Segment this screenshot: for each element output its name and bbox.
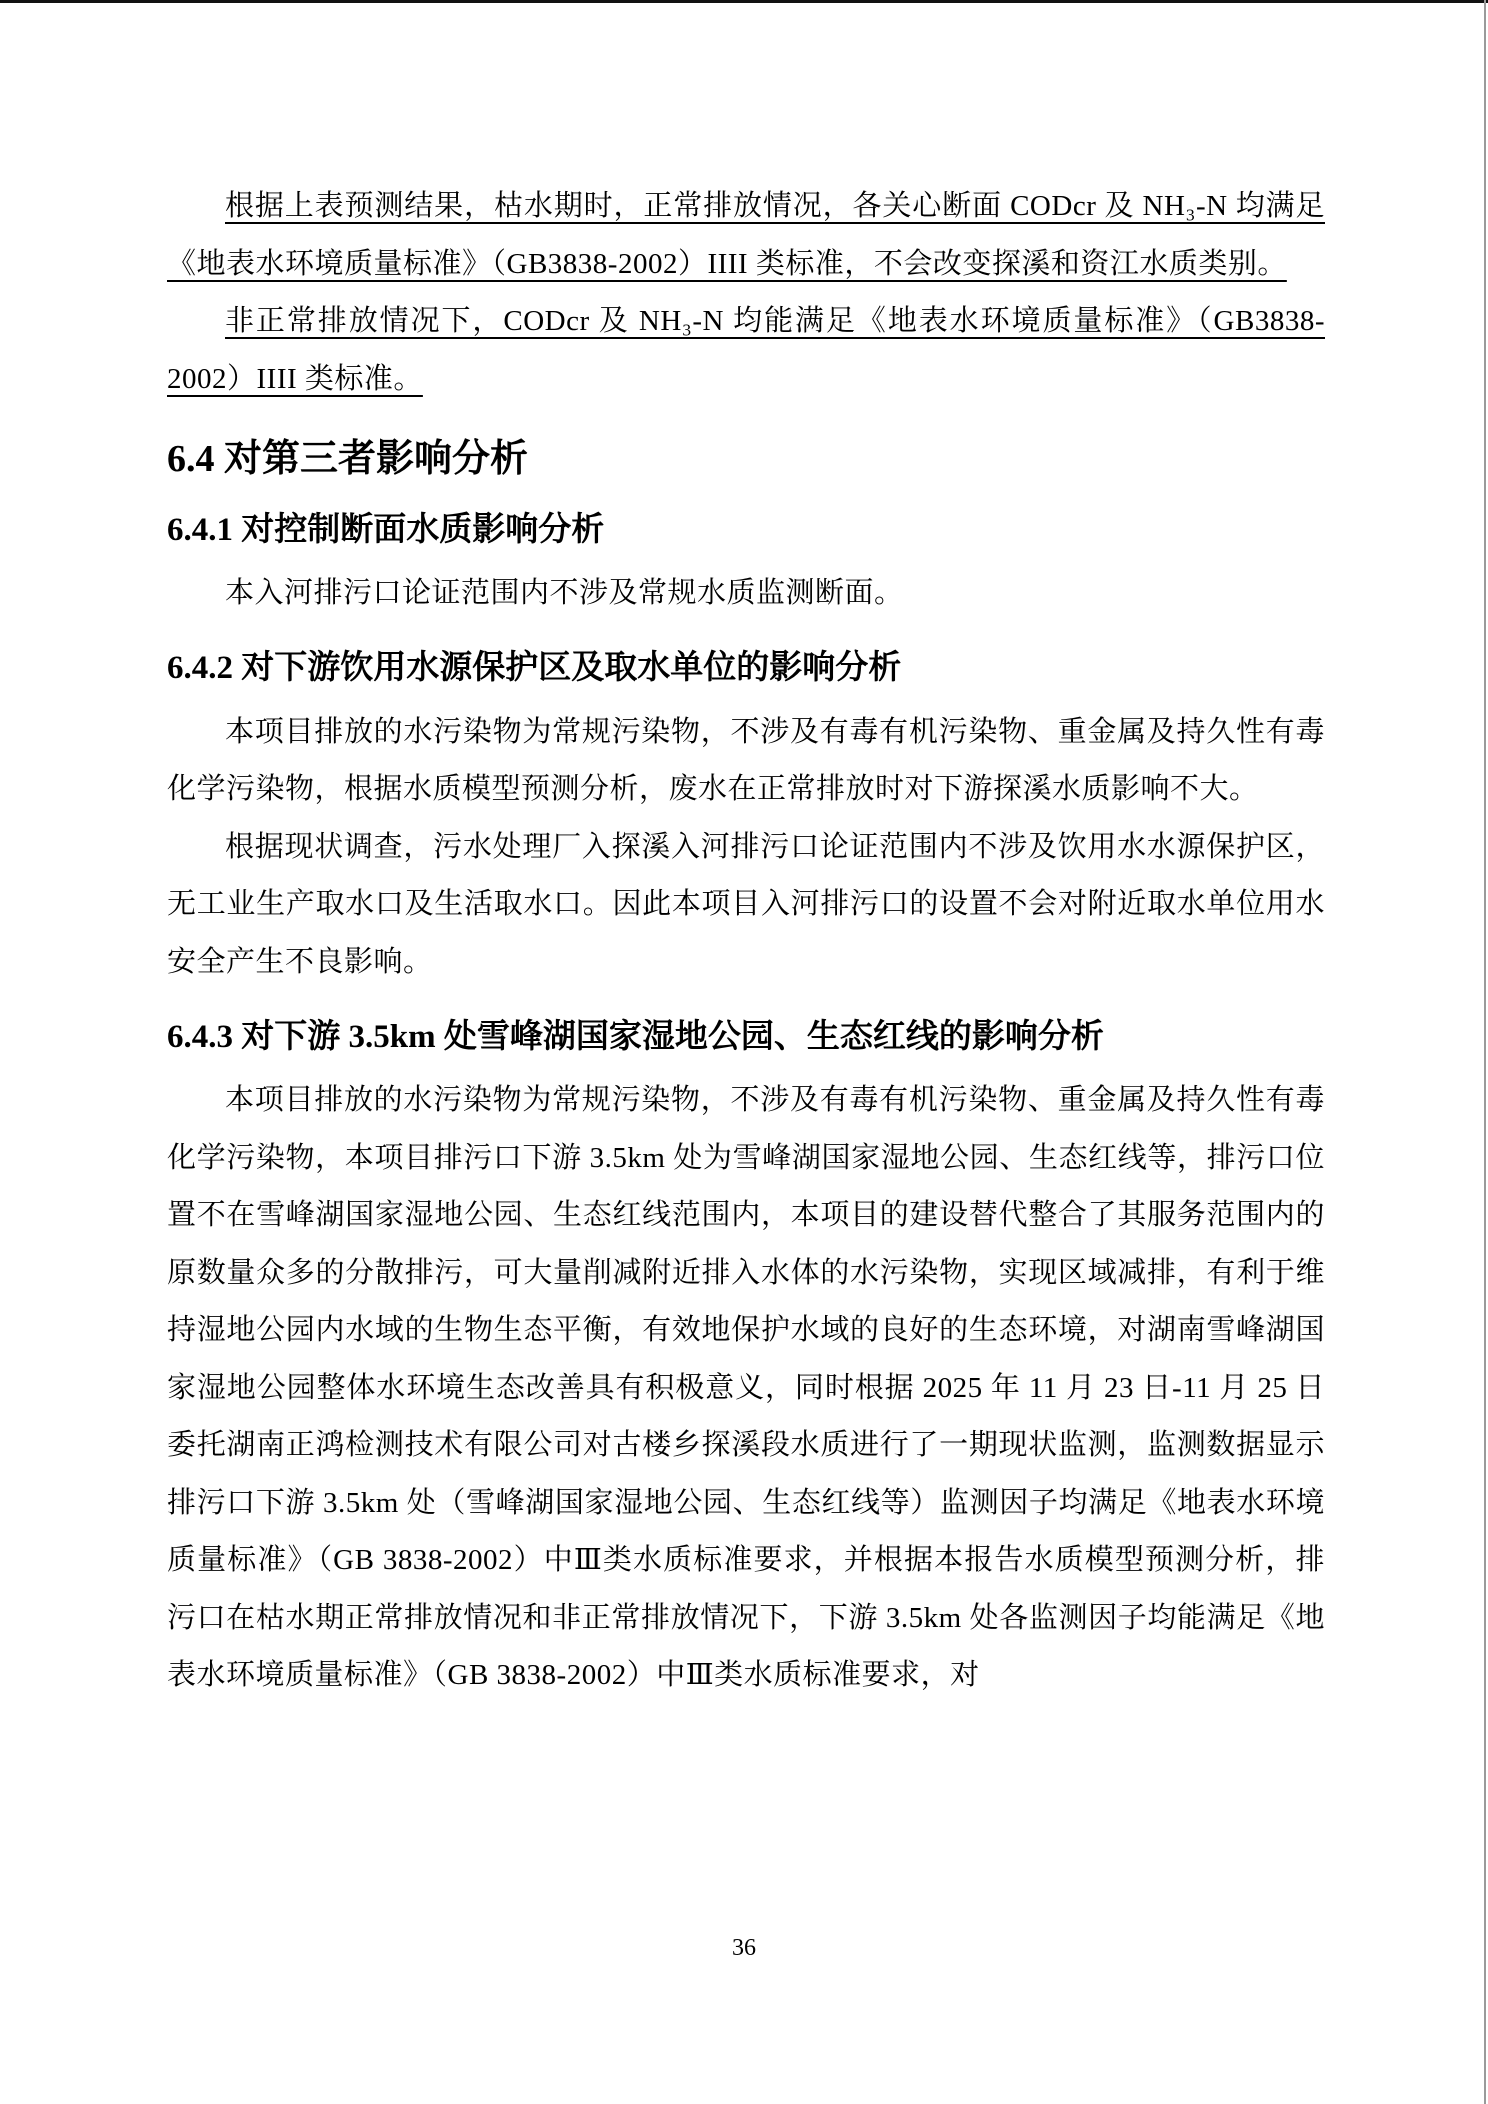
document-page: 根据上表预测结果，枯水期时，正常排放情况，各关心断面 CODcr 及 NH₃-N…	[0, 0, 1488, 2104]
page-content: 根据上表预测结果，枯水期时，正常排放情况，各关心断面 CODcr 及 NH₃-N…	[167, 178, 1325, 1705]
paragraph-6-4-2-b: 根据现状调查，污水处理厂入探溪入河排污口论证范围内不涉及饮用水水源保护区，无工业…	[167, 819, 1325, 992]
heading-6-4-3-wetland-park-redline: 6.4.3 对下游 3.5km 处雪峰湖国家湿地公园、生态红线的影响分析	[167, 1017, 1325, 1058]
paragraph-prediction-abnormal: 非正常排放情况下，CODcr 及 NH₃-N 均能满足《地表水环境质量标准》（G…	[167, 293, 1325, 408]
heading-6-4-2-water-source-protection: 6.4.2 对下游饮用水源保护区及取水单位的影响分析	[167, 648, 1325, 689]
page-number: 36	[0, 1935, 1488, 1962]
heading-6-4-1-control-section: 6.4.1 对控制断面水质影响分析	[167, 510, 1325, 551]
scan-edge-right	[1484, 0, 1486, 2104]
paragraph-6-4-3: 本项目排放的水污染物为常规污染物，不涉及有毒有机污染物、重金属及持久性有毒化学污…	[167, 1072, 1325, 1705]
heading-6-4-third-party-impact: 6.4 对第三者影响分析	[167, 436, 1325, 484]
paragraph-6-4-1: 本入河排污口论证范围内不涉及常规水质监测断面。	[167, 565, 1325, 623]
paragraph-prediction-normal: 根据上表预测结果，枯水期时，正常排放情况，各关心断面 CODcr 及 NH₃-N…	[167, 178, 1325, 293]
paragraph-6-4-2-a: 本项目排放的水污染物为常规污染物，不涉及有毒有机污染物、重金属及持久性有毒化学污…	[167, 704, 1325, 819]
scan-edge-top	[0, 0, 1488, 3]
